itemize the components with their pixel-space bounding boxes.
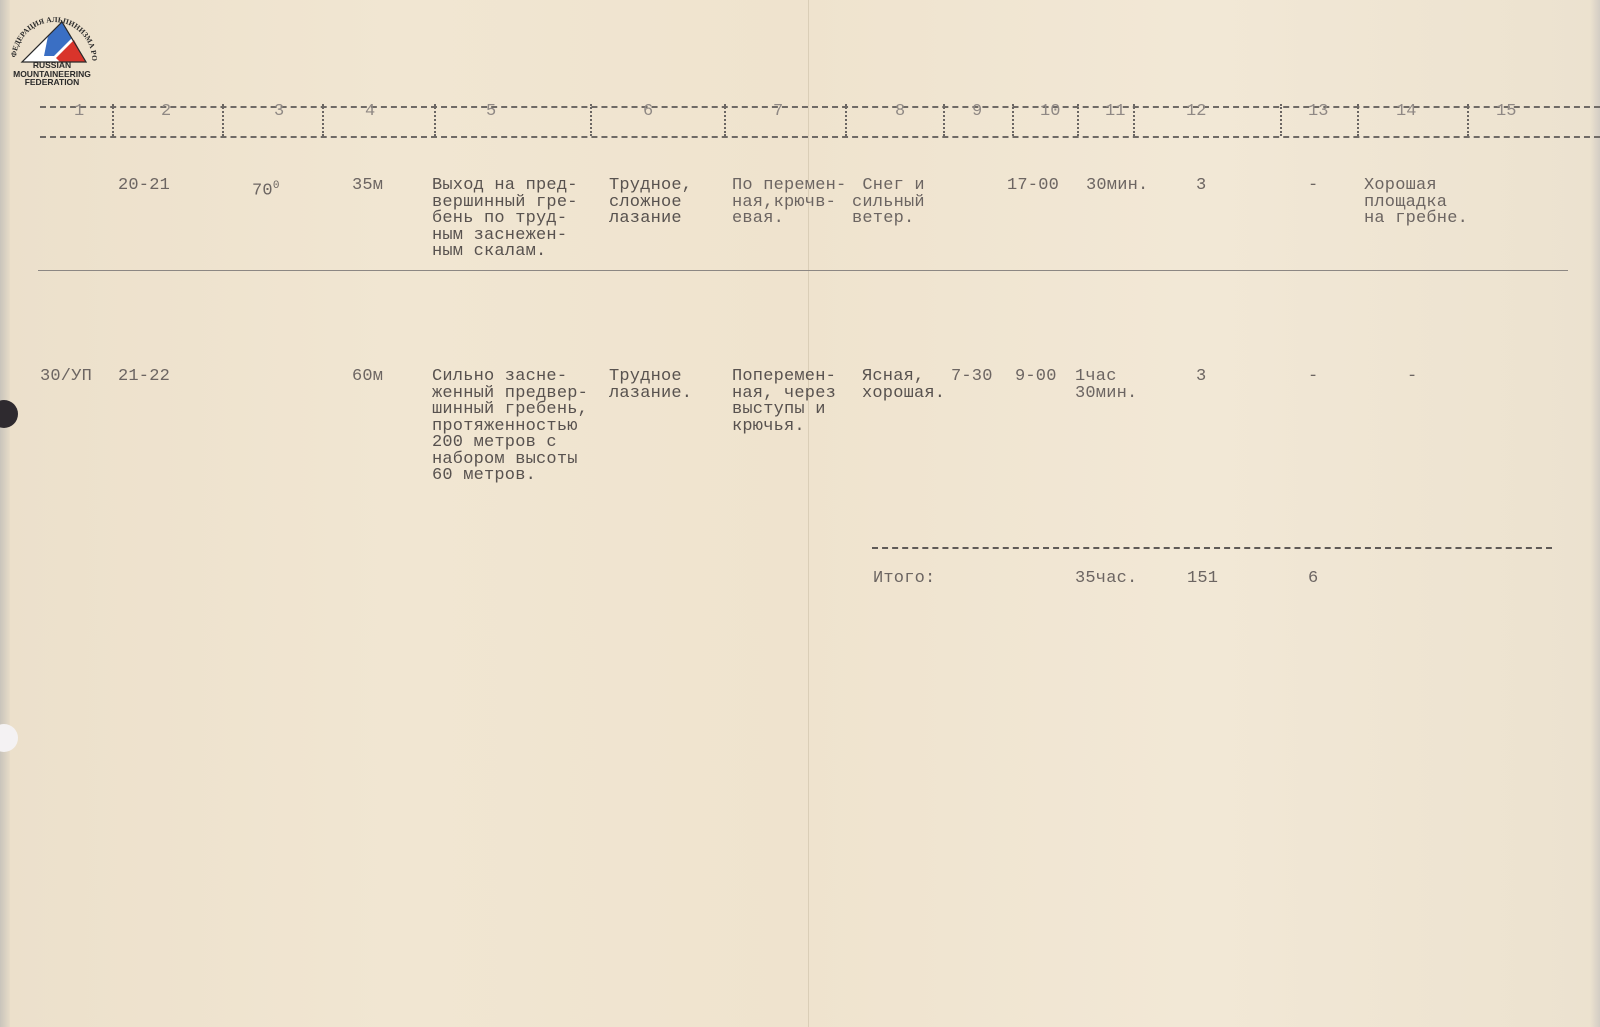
column-number: 13 (1308, 102, 1328, 121)
cell-protection: Поперемен- ная, через выступы и крючья. (732, 369, 836, 435)
degree-mark: 0 (273, 180, 280, 192)
cell-technical-difficulty: Трудное лазание. (609, 369, 692, 402)
cell-ice-pitons: - (1308, 178, 1318, 195)
column-number: 1 (74, 102, 84, 121)
column-separator (590, 104, 592, 136)
steepness-value: 70 (252, 182, 273, 201)
column-number: 15 (1496, 102, 1516, 121)
column-separator (1077, 104, 1079, 136)
column-number: 9 (972, 102, 982, 121)
column-separator (845, 104, 847, 136)
column-number-header: 1 2 3 4 5 6 7 8 9 10 11 12 13 14 15 (40, 102, 1600, 140)
column-separator (1467, 104, 1469, 136)
cell-section: 21-22 (118, 369, 170, 386)
cell-date: 30/УП (40, 369, 92, 386)
cell-section: 20-21 (118, 178, 170, 195)
column-separator (112, 104, 114, 136)
cell-ice-pitons: - (1308, 369, 1318, 386)
weather-text: Снег и сильный ветер. (852, 176, 925, 228)
column-number: 2 (161, 102, 171, 121)
cell-terrain: Сильно засне- женный предвер- шинный гре… (432, 369, 588, 485)
cell-rock-pitons: 3 (1196, 369, 1206, 386)
paper-fold (808, 0, 809, 1027)
totals-rule (872, 547, 1552, 549)
totals-hours: 35час. (1075, 571, 1137, 588)
cell-hours: 1час 30мин. (1075, 369, 1137, 402)
column-separator (1012, 104, 1014, 136)
punch-hole (0, 724, 18, 752)
column-number: 10 (1040, 102, 1060, 121)
column-separator (724, 104, 726, 136)
header-bottom-rule (40, 136, 1600, 138)
cell-weather: Снег и сильный ветер. (852, 178, 925, 228)
column-number: 11 (1105, 102, 1125, 121)
cell-steepness: 700 (252, 178, 280, 200)
column-separator (943, 104, 945, 136)
cell-hours: 30мин. (1086, 178, 1148, 195)
row-divider (38, 270, 1568, 271)
logo-line: FEDERATION (0, 78, 104, 87)
column-number: 14 (1396, 102, 1416, 121)
column-number: 8 (895, 102, 905, 121)
column-number: 12 (1186, 102, 1206, 121)
cell-stop-time: 9-00 (1015, 369, 1057, 386)
column-number: 6 (643, 102, 653, 121)
cell-rock-pitons: 3 (1196, 178, 1206, 195)
cell-overnight: Хорошая площадка на гребне. (1364, 178, 1468, 228)
totals-ice-pitons: 6 (1308, 571, 1318, 588)
cell-departure-time: 7-30 (951, 369, 993, 386)
cell-length: 60м (352, 369, 383, 386)
cell-terrain: Выход на пред- вершинный гре- бень по тр… (432, 178, 578, 261)
column-separator (222, 104, 224, 136)
cell-length: 35м (352, 178, 383, 195)
column-separator (322, 104, 324, 136)
hours-text: 1час 30мин. (1075, 367, 1137, 403)
cell-stop-time: 17-00 (1007, 178, 1059, 195)
paper-right-edge (1590, 0, 1600, 1027)
column-separator (1133, 104, 1135, 136)
punch-hole (0, 400, 18, 428)
cell-technical-difficulty: Трудное, сложное лазание (609, 178, 692, 228)
totals-rock-pitons: 151 (1187, 571, 1218, 588)
column-number: 7 (773, 102, 783, 121)
paper-left-edge (0, 0, 10, 1027)
column-separator (434, 104, 436, 136)
logo-caption: RUSSIAN MOUNTAINEERING FEDERATION (0, 61, 104, 87)
column-number: 3 (274, 102, 284, 121)
column-separator (1280, 104, 1282, 136)
cell-protection: По перемен- ная,крючв- евая. (732, 178, 846, 228)
cell-weather: Ясная, хорошая. (862, 369, 945, 402)
totals-label: Итого: (873, 571, 935, 588)
cell-overnight: - (1407, 369, 1417, 386)
column-number: 5 (486, 102, 496, 121)
column-separator (1357, 104, 1359, 136)
column-number: 4 (365, 102, 375, 121)
